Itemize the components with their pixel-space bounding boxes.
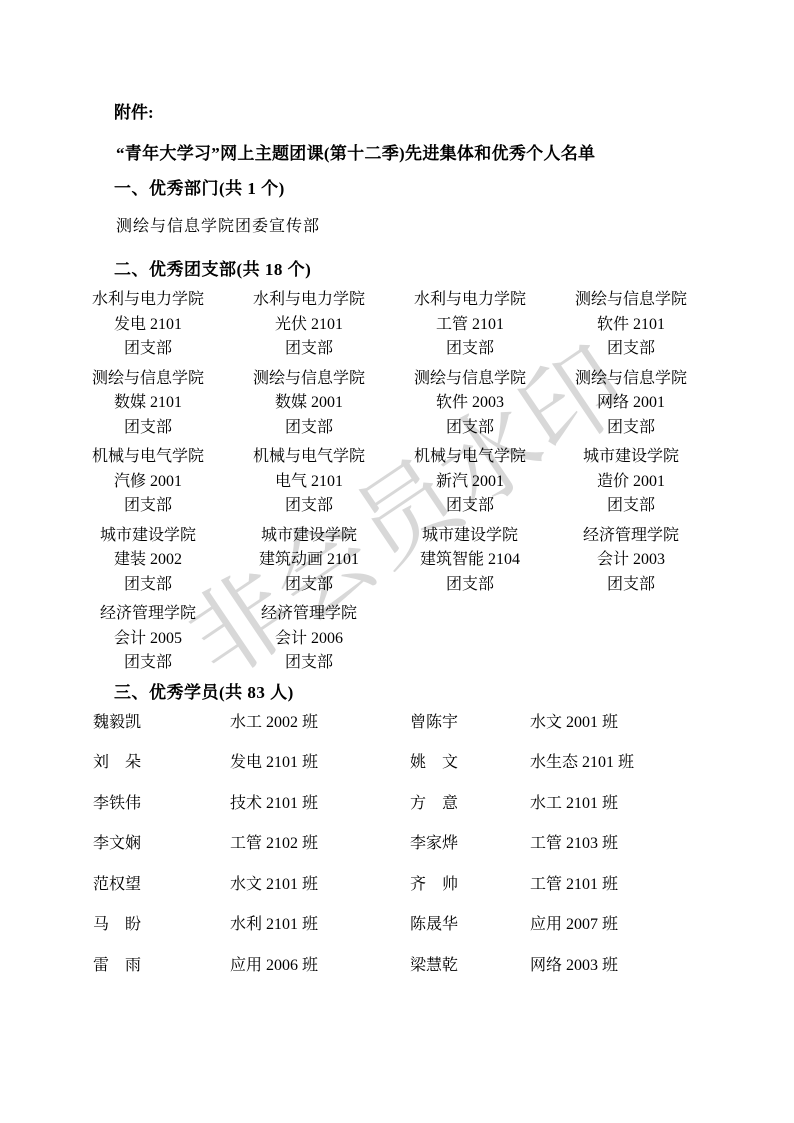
branch-class: 建筑动画 2101 [251, 548, 367, 573]
branch-unit-label: 团支部 [573, 337, 689, 362]
branch-class: 光伏 2101 [251, 313, 367, 338]
branch-class: 发电 2101 [90, 313, 206, 338]
student-class: 水文 2101 班 [230, 874, 410, 915]
branch-class: 软件 2003 [412, 391, 528, 416]
branch-college: 测绘与信息学院 [573, 288, 689, 313]
student-row: 刘 朵发电 2101 班姚 文水生态 2101 班 [93, 752, 706, 793]
branch-card: 测绘与信息学院网络 2001团支部 [573, 367, 689, 441]
branch-class: 建装 2002 [90, 548, 206, 573]
branch-card: 城市建设学院建筑智能 2104团支部 [412, 524, 528, 598]
student-name: 李铁伟 [93, 793, 230, 834]
branch-college: 经济管理学院 [573, 524, 689, 549]
student-name: 刘 朵 [93, 752, 230, 793]
branch-college: 水利与电力学院 [90, 288, 206, 313]
branch-unit-label: 团支部 [251, 337, 367, 362]
student-name: 方 意 [410, 793, 530, 834]
student-class: 应用 2006 班 [230, 955, 410, 996]
branch-college: 城市建设学院 [573, 445, 689, 470]
branch-card: 城市建设学院造价 2001团支部 [573, 445, 689, 519]
student-class: 水生态 2101 班 [530, 752, 706, 793]
branch-card: 城市建设学院建装 2002团支部 [90, 524, 206, 598]
branch-card: 经济管理学院会计 2006团支部 [251, 602, 367, 676]
branch-unit-label: 团支部 [412, 337, 528, 362]
branch-class: 会计 2005 [90, 627, 206, 652]
branch-class: 建筑智能 2104 [412, 548, 528, 573]
student-name: 马 盼 [93, 914, 230, 955]
student-row: 魏毅凯水工 2002 班曾陈宇水文 2001 班 [93, 712, 706, 753]
branch-college: 机械与电气学院 [412, 445, 528, 470]
branch-card: 测绘与信息学院数媒 2001团支部 [251, 367, 367, 441]
student-row: 李铁伟技术 2101 班方 意水工 2101 班 [93, 793, 706, 834]
branch-college: 城市建设学院 [412, 524, 528, 549]
branch-unit-label: 团支部 [90, 416, 206, 441]
student-name: 李文娴 [93, 833, 230, 874]
department-name: 测绘与信息学院团委宣传部 [116, 216, 706, 237]
branch-card: 水利与电力学院光伏 2101团支部 [251, 288, 367, 362]
student-row: 雷 雨应用 2006 班梁慧乾网络 2003 班 [93, 955, 706, 996]
branch-unit-label: 团支部 [573, 573, 689, 598]
section2-heading: 二、优秀团支部(共 18 个) [114, 259, 706, 281]
branch-college: 测绘与信息学院 [90, 367, 206, 392]
branch-card: 水利与电力学院发电 2101团支部 [90, 288, 206, 362]
student-class: 工管 2102 班 [230, 833, 410, 874]
branch-grid: 水利与电力学院发电 2101团支部水利与电力学院光伏 2101团支部水利与电力学… [90, 288, 706, 676]
branch-class: 软件 2101 [573, 313, 689, 338]
branch-class: 网络 2001 [573, 391, 689, 416]
attachment-label: 附件: [114, 102, 706, 124]
student-class: 技术 2101 班 [230, 793, 410, 834]
branch-college: 机械与电气学院 [90, 445, 206, 470]
document-title: “青年大学习”网上主题团课(第十二季)先进集体和优秀个人名单 [116, 143, 706, 165]
student-class: 网络 2003 班 [530, 955, 706, 996]
section1-heading: 一、优秀部门(共 1 个) [114, 178, 706, 200]
branch-class: 会计 2003 [573, 548, 689, 573]
branch-class: 汽修 2001 [90, 470, 206, 495]
branch-card: 经济管理学院会计 2003团支部 [573, 524, 689, 598]
branch-college: 测绘与信息学院 [573, 367, 689, 392]
student-name: 齐 帅 [410, 874, 530, 915]
student-row: 范权望水文 2101 班齐 帅工管 2101 班 [93, 874, 706, 915]
branch-unit-label: 团支部 [251, 494, 367, 519]
student-row: 马 盼水利 2101 班陈晟华应用 2007 班 [93, 914, 706, 955]
branch-college: 城市建设学院 [251, 524, 367, 549]
student-name: 魏毅凯 [93, 712, 230, 753]
branch-card: 经济管理学院会计 2005团支部 [90, 602, 206, 676]
branch-unit-label: 团支部 [251, 416, 367, 441]
student-class: 水工 2002 班 [230, 712, 410, 753]
student-class: 水文 2001 班 [530, 712, 706, 753]
branch-class: 会计 2006 [251, 627, 367, 652]
branch-college: 水利与电力学院 [412, 288, 528, 313]
branch-unit-label: 团支部 [251, 573, 367, 598]
student-name: 梁慧乾 [410, 955, 530, 996]
student-name: 雷 雨 [93, 955, 230, 996]
branch-college: 测绘与信息学院 [412, 367, 528, 392]
student-name: 李家烨 [410, 833, 530, 874]
student-name: 姚 文 [410, 752, 530, 793]
branch-card: 测绘与信息学院数媒 2101团支部 [90, 367, 206, 441]
document-page: 非会员水印 附件: “青年大学习”网上主题团课(第十二季)先进集体和优秀个人名单… [0, 0, 794, 1123]
branch-card: 水利与电力学院工管 2101团支部 [412, 288, 528, 362]
student-class: 应用 2007 班 [530, 914, 706, 955]
branch-card: 机械与电气学院汽修 2001团支部 [90, 445, 206, 519]
branch-unit-label: 团支部 [90, 337, 206, 362]
branch-card: 城市建设学院建筑动画 2101团支部 [251, 524, 367, 598]
branch-college: 水利与电力学院 [251, 288, 367, 313]
branch-class: 造价 2001 [573, 470, 689, 495]
branch-unit-label: 团支部 [90, 573, 206, 598]
branch-unit-label: 团支部 [251, 651, 367, 676]
branch-class: 数媒 2001 [251, 391, 367, 416]
branch-class: 新汽 2001 [412, 470, 528, 495]
document-content: 附件: “青年大学习”网上主题团课(第十二季)先进集体和优秀个人名单 一、优秀部… [90, 102, 706, 995]
branch-unit-label: 团支部 [90, 651, 206, 676]
branch-college: 经济管理学院 [251, 602, 367, 627]
student-row: 李文娴工管 2102 班李家烨工管 2103 班 [93, 833, 706, 874]
student-name: 曾陈宇 [410, 712, 530, 753]
student-name: 范权望 [93, 874, 230, 915]
branch-class: 数媒 2101 [90, 391, 206, 416]
branch-college: 测绘与信息学院 [251, 367, 367, 392]
branch-card: 测绘与信息学院软件 2003团支部 [412, 367, 528, 441]
branch-card: 测绘与信息学院软件 2101团支部 [573, 288, 689, 362]
branch-unit-label: 团支部 [573, 494, 689, 519]
student-class: 工管 2103 班 [530, 833, 706, 874]
student-list: 魏毅凯水工 2002 班曾陈宇水文 2001 班刘 朵发电 2101 班姚 文水… [93, 712, 706, 996]
branch-card: 机械与电气学院新汽 2001团支部 [412, 445, 528, 519]
student-class: 水工 2101 班 [530, 793, 706, 834]
branch-college: 经济管理学院 [90, 602, 206, 627]
branch-unit-label: 团支部 [412, 494, 528, 519]
branch-unit-label: 团支部 [412, 573, 528, 598]
branch-unit-label: 团支部 [412, 416, 528, 441]
branch-class: 工管 2101 [412, 313, 528, 338]
student-class: 工管 2101 班 [530, 874, 706, 915]
section3-heading: 三、优秀学员(共 83 人) [114, 682, 706, 704]
branch-unit-label: 团支部 [573, 416, 689, 441]
branch-college: 机械与电气学院 [251, 445, 367, 470]
student-name: 陈晟华 [410, 914, 530, 955]
branch-class: 电气 2101 [251, 470, 367, 495]
branch-college: 城市建设学院 [90, 524, 206, 549]
student-class: 水利 2101 班 [230, 914, 410, 955]
branch-unit-label: 团支部 [90, 494, 206, 519]
student-class: 发电 2101 班 [230, 752, 410, 793]
branch-card: 机械与电气学院电气 2101团支部 [251, 445, 367, 519]
